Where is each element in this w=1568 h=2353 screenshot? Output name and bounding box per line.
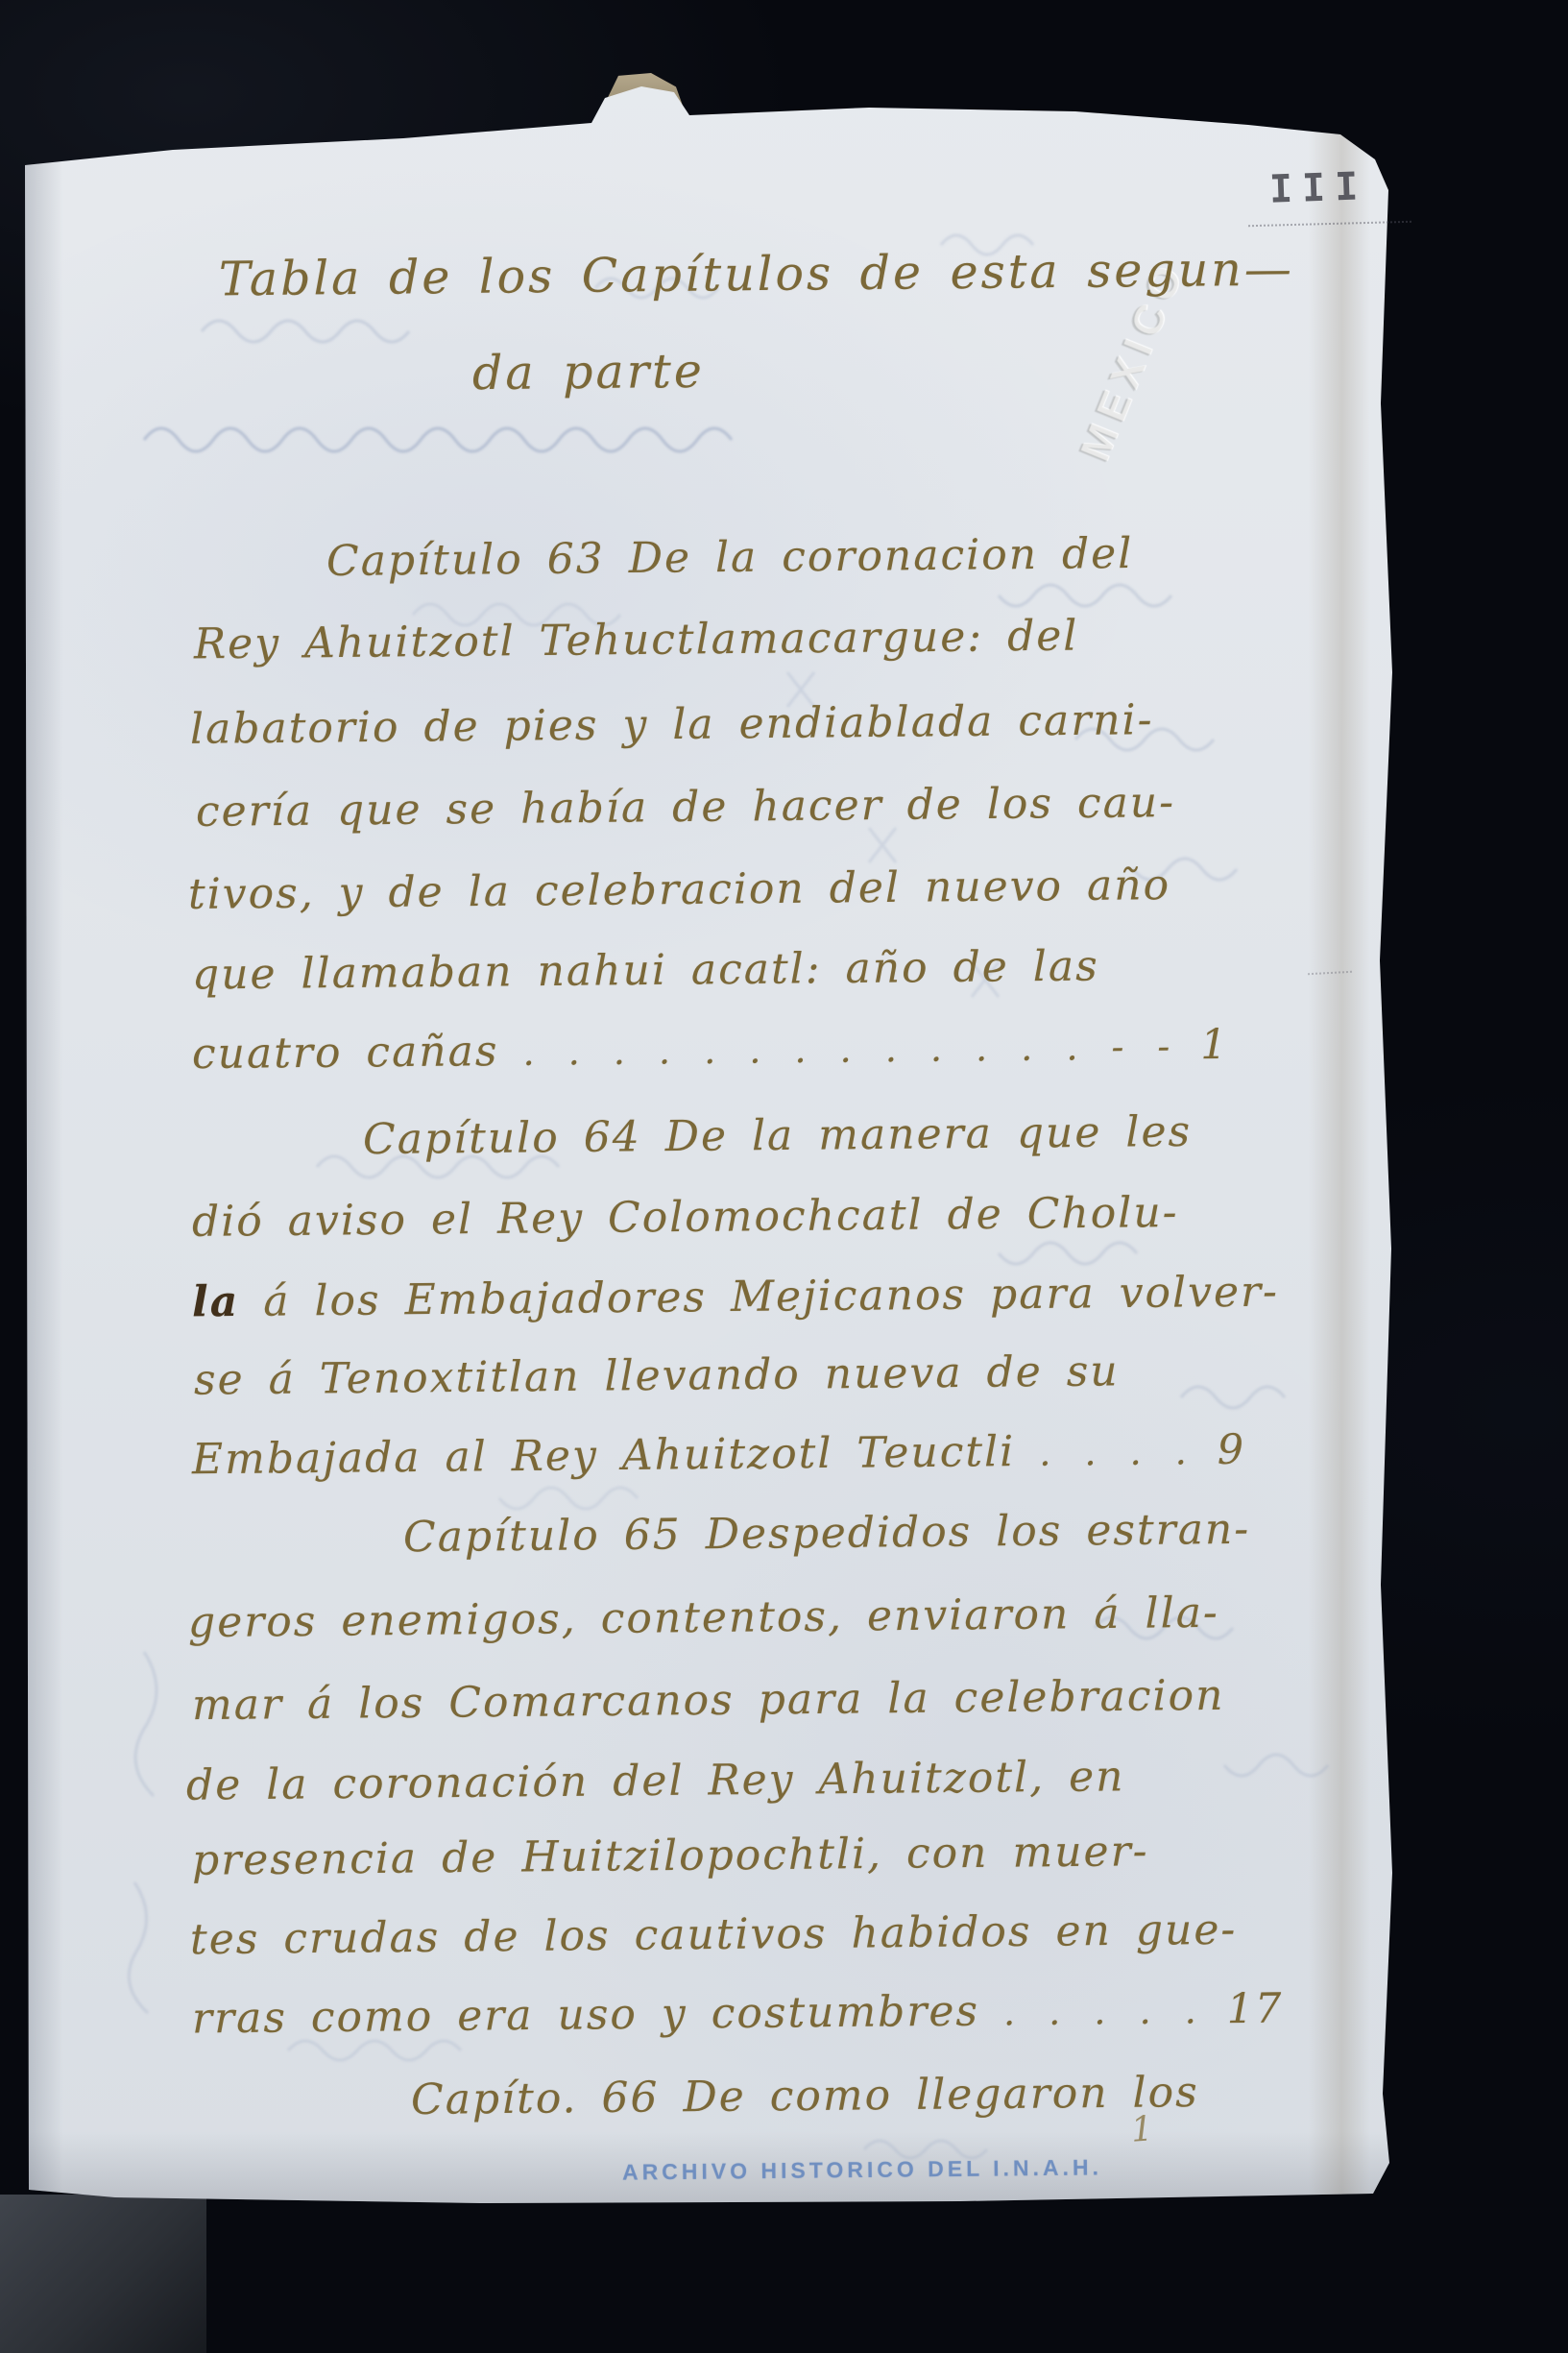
dot-leader: . . . . .	[1003, 1989, 1203, 2033]
toc-line-text: rras como era uso y costumbres	[192, 1987, 979, 2044]
page-ref: 9	[1217, 1426, 1245, 1474]
page-bottom-mark: 1	[1130, 2112, 1154, 2148]
photo-background: III MEXICO Tabla de los Capítulos de est…	[0, 0, 1568, 2353]
chapter-start-line: Capítulo 63 De la coronacion del	[326, 530, 1134, 587]
toc-line: tes crudas de los cautivos habidos en gu…	[190, 1906, 1238, 1965]
page-title-line-2: da parte	[472, 345, 705, 401]
toc-line: Rey Ahuitzotl Tehuctlamacargue: del	[194, 613, 1079, 669]
dot-leader: . . . .	[1039, 1430, 1194, 1474]
toc-line-text: á los Embajadores Mejicanos para volver-	[239, 1268, 1279, 1326]
page-ref: 1	[1200, 1021, 1229, 1069]
toc-line: tivos, y de la celebracion del nuevo año	[188, 861, 1171, 919]
toc-line: de la coronación del Rey Ahuitzotl, en	[186, 1753, 1125, 1810]
toc-line-with-ref: cuatro cañas . . . . . . . . . . . . . -…	[192, 1021, 1229, 1079]
toc-line-text: Embajada al Rey Ahuitzotl Teuctli	[192, 1427, 1016, 1484]
toc-line: dió aviso el Rey Colomochcatl de Cholu-	[192, 1189, 1179, 1247]
toc-line: geros enemigos, contentos, enviaron á ll…	[188, 1589, 1219, 1648]
chapter-start-line: Capíto. 66 De como llegaron los	[411, 2069, 1199, 2124]
toc-line: se á Tenoxtitlan llevando nueva de su	[194, 1347, 1120, 1405]
page-ref: 17	[1226, 1985, 1283, 2034]
toc-line-text: cuatro cañas	[192, 1027, 499, 1079]
toc-line: presencia de Huitzilopochtli, con muer-	[192, 1828, 1149, 1885]
toc-line: cería que se había de hacer de los cau-	[196, 779, 1175, 837]
toc-line: mar á los Comarcanos para la celebracion	[192, 1672, 1225, 1731]
toc-line: que llamaban nahui acatl: año de las	[192, 942, 1099, 1000]
toc-line: labatorio de pies y la endiablada carni-	[190, 696, 1154, 754]
chapter-start-line: Capítulo 64 De la manera que les	[363, 1108, 1193, 1165]
dot-leader: . . . . . . . . . . . . . - -	[522, 1025, 1176, 1074]
folio-number: III	[1268, 167, 1368, 209]
table-corner-shadow	[0, 2195, 206, 2353]
page-title-line-1: Tabla de los Capítulos de esta segun—	[219, 243, 1294, 307]
toc-line-with-ref: Embajada al Rey Ahuitzotl Teuctli . . . …	[192, 1426, 1246, 1485]
archive-stamp: ARCHIVO HISTORICO DEL I.N.A.H.	[622, 2156, 1102, 2183]
bold-ink-word: la	[192, 1277, 240, 1326]
chapter-start-line: Capítulo 65 Despedidos los estran-	[403, 1506, 1251, 1563]
